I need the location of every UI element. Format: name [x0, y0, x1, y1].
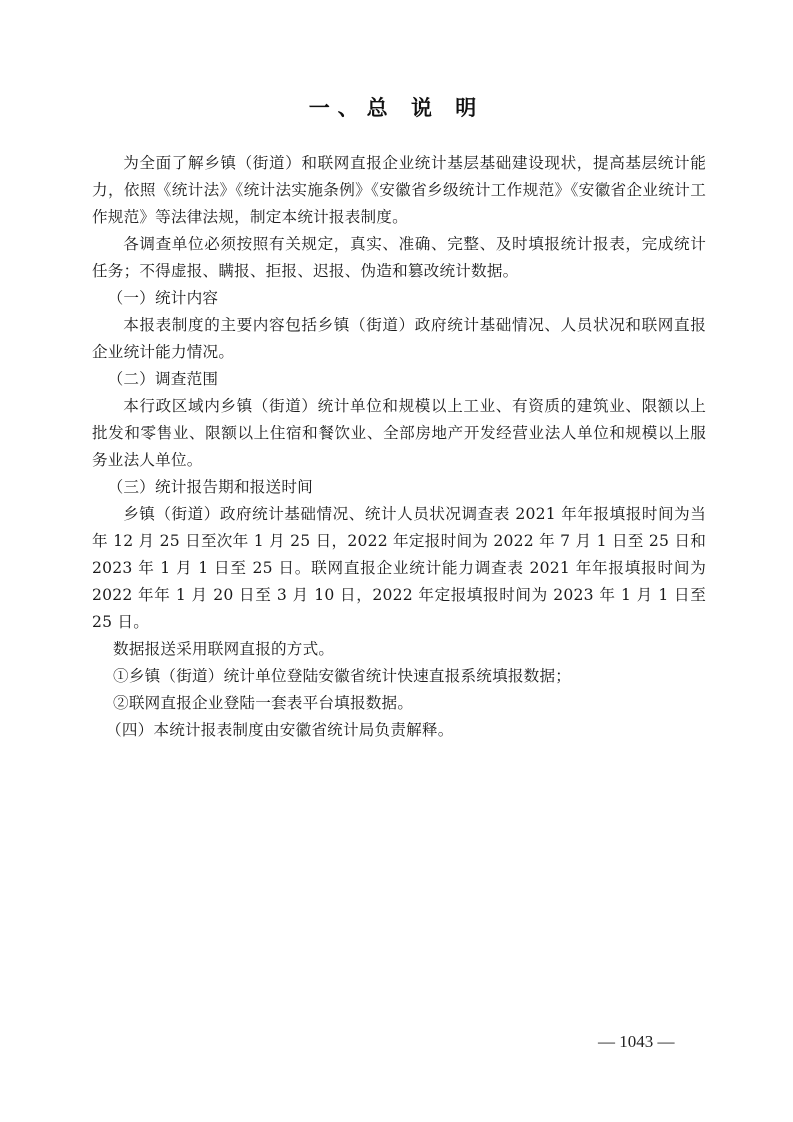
- list-item-township: ①乡镇（街道）统计单位登陆安徽省统计快速直报系统填报数据；: [92, 663, 706, 690]
- section-heading-interpretation: （四）本统计报表制度由安徽省统计局负责解释。: [92, 717, 706, 744]
- paragraph-purpose: 为全面了解乡镇（街道）和联网直报企业统计基层基础建设现状，提高基层统计能力，依照…: [92, 150, 706, 231]
- page-number: — 1043 —: [598, 1032, 675, 1052]
- page-title: 一、总 说 明: [0, 92, 793, 122]
- paragraph-submission-method: 数据报送采用联网直报的方式。: [92, 636, 706, 663]
- document-body: 为全面了解乡镇（街道）和联网直报企业统计基层基础建设现状，提高基层统计能力，依照…: [92, 150, 706, 744]
- paragraph-obligation: 各调查单位必须按照有关规定，真实、准确、完整、及时填报统计报表，完成统计任务；不…: [92, 231, 706, 285]
- section-heading-content: （一）统计内容: [92, 285, 706, 312]
- paragraph-period: 乡镇（街道）政府统计基础情况、统计人员状况调查表 2021 年年报填报时间为当年…: [92, 501, 706, 636]
- paragraph-scope: 本行政区域内乡镇（街道）统计单位和规模以上工业、有资质的建筑业、限额以上批发和零…: [92, 393, 706, 474]
- section-heading-period: （三）统计报告期和报送时间: [92, 474, 706, 501]
- list-item-enterprise: ②联网直报企业登陆一套表平台填报数据。: [92, 690, 706, 717]
- section-heading-scope: （二）调查范围: [92, 366, 706, 393]
- paragraph-content: 本报表制度的主要内容包括乡镇（街道）政府统计基础情况、人员状况和联网直报企业统计…: [92, 312, 706, 366]
